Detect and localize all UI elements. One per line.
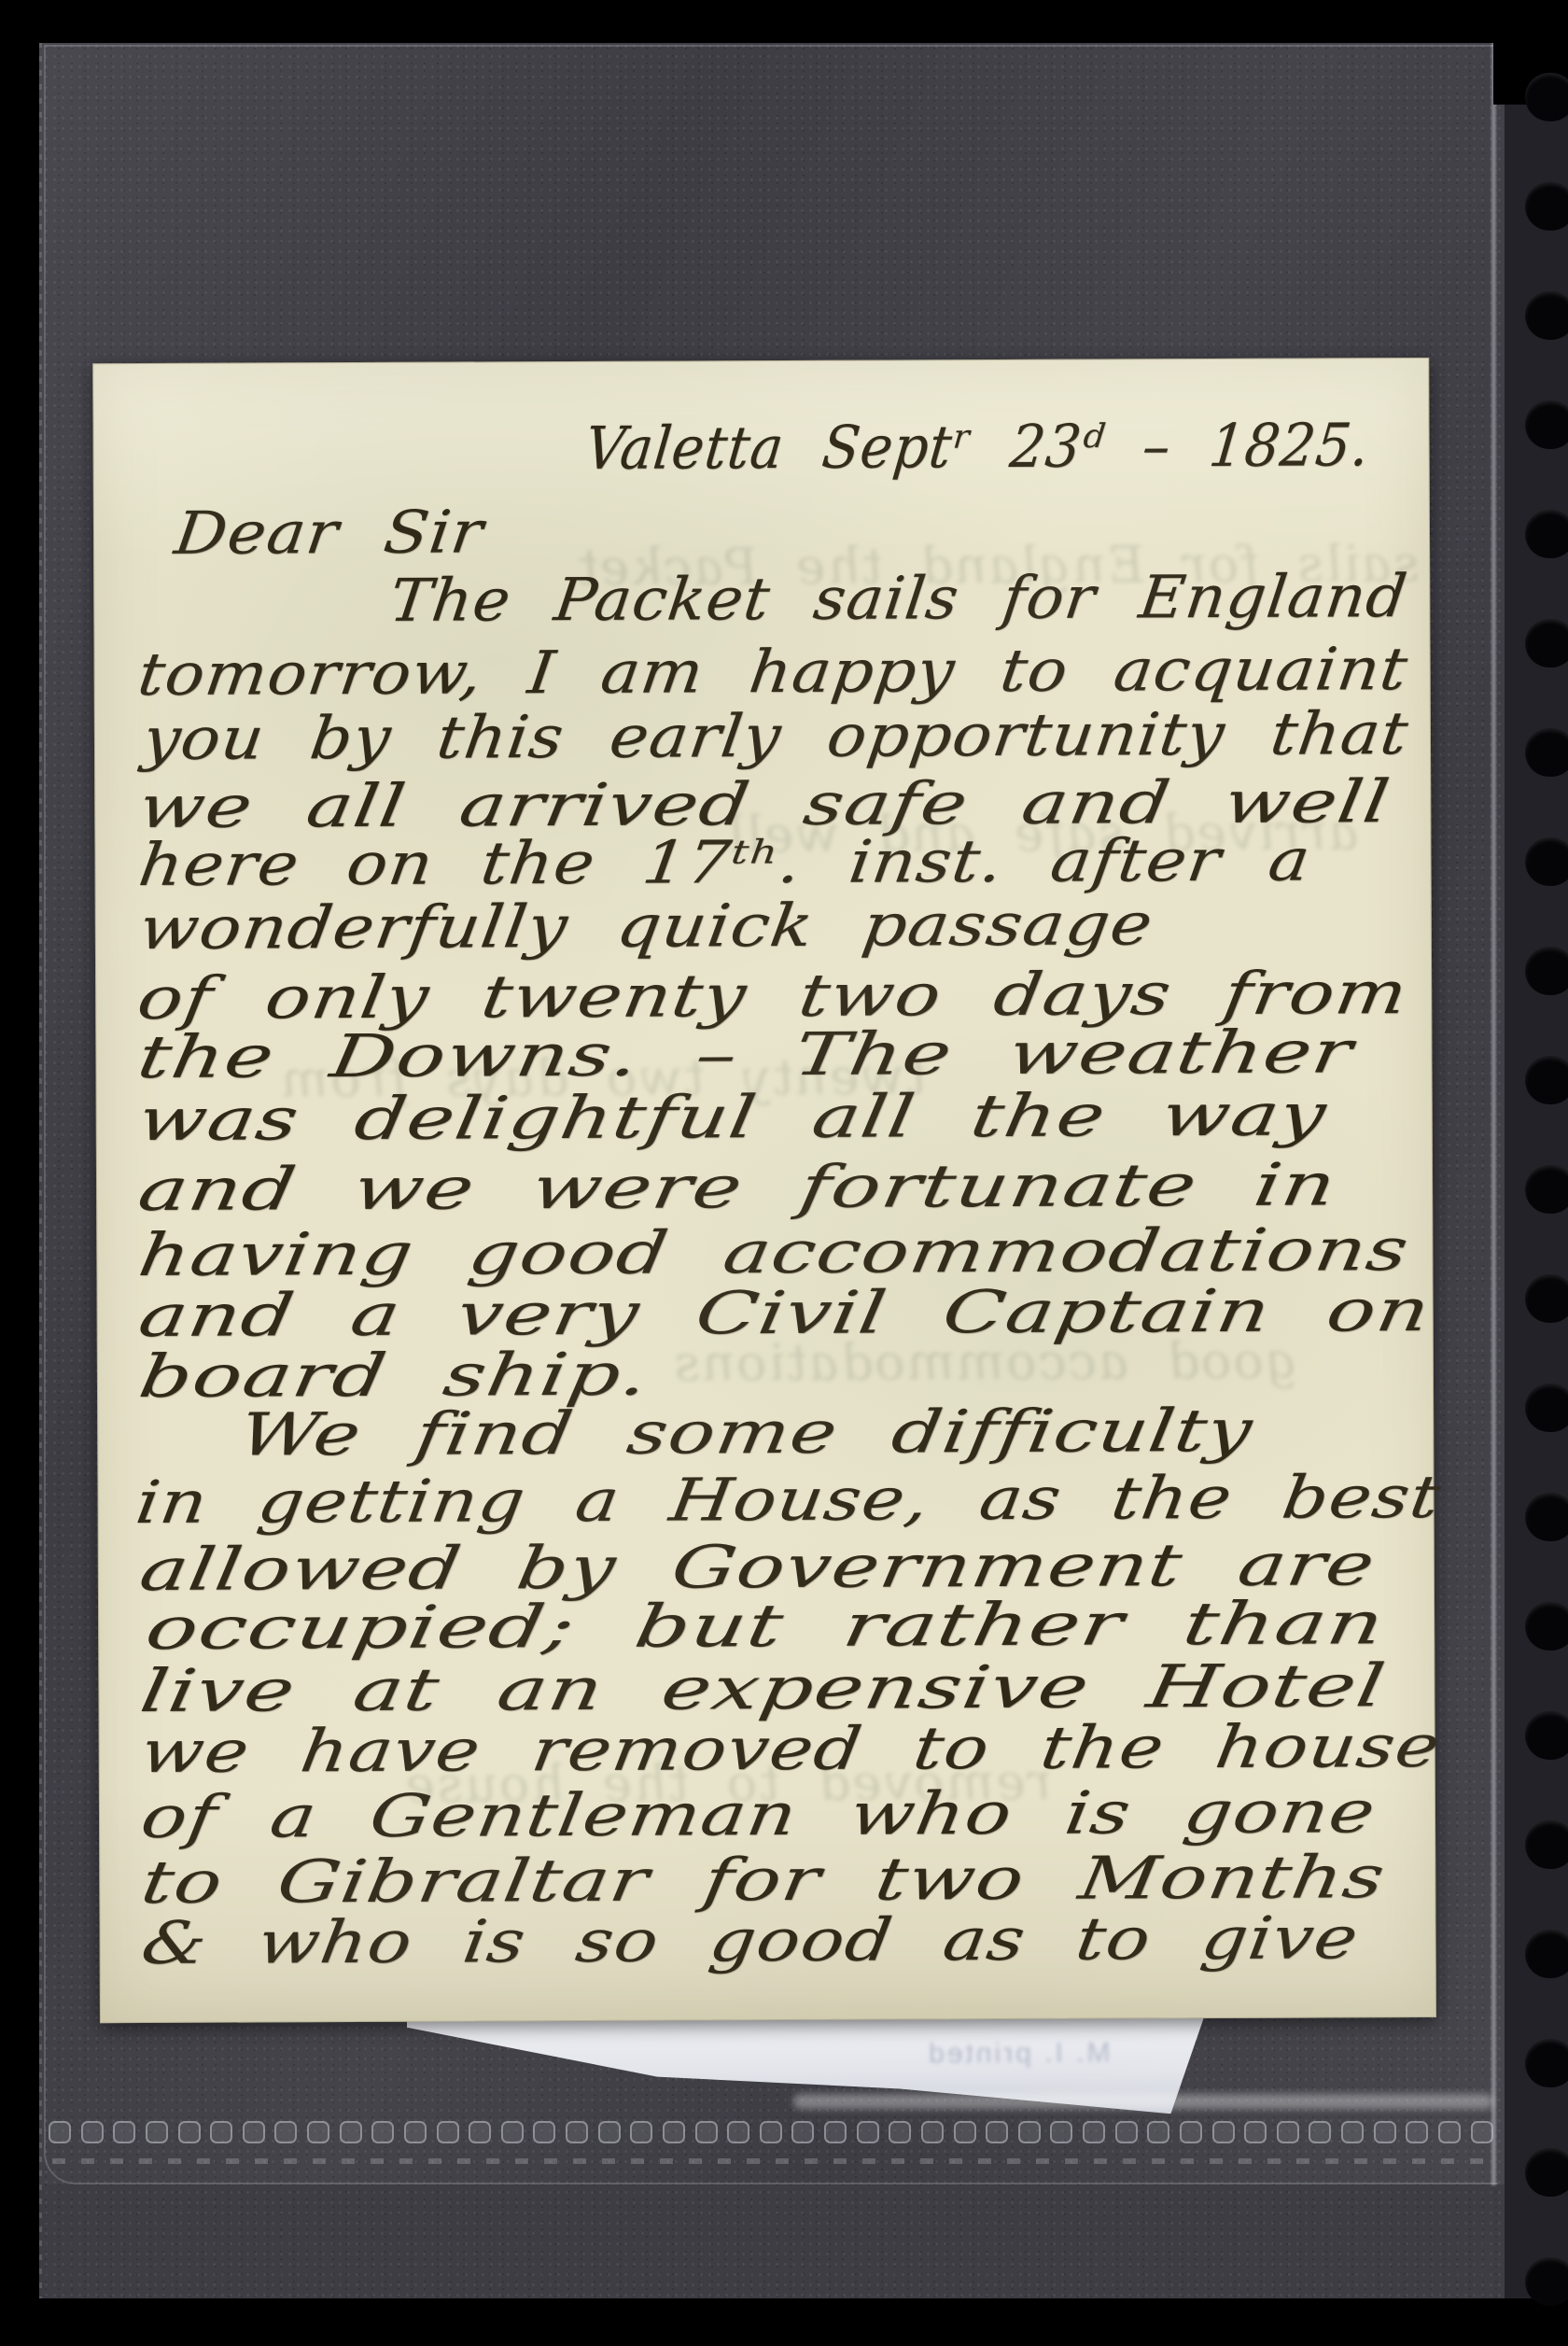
seam-hole xyxy=(630,2121,652,2143)
binder-hole xyxy=(1525,2039,1568,2087)
sleeve-reflection-streak xyxy=(793,2094,1493,2109)
binder-hole xyxy=(1525,1602,1568,1651)
sleeve-right-edge-highlight xyxy=(1491,42,1496,2185)
sleeve-bottom-weld-dashes xyxy=(52,2158,1490,2164)
seam-hole xyxy=(695,2121,718,2143)
seam-hole xyxy=(889,2121,911,2143)
binder-hole xyxy=(1525,728,1568,777)
binder-hole xyxy=(1525,837,1568,886)
seam-hole xyxy=(1406,2121,1428,2143)
binder-hole xyxy=(1525,291,1568,340)
binder-hole xyxy=(1525,1384,1568,1432)
binder-hole xyxy=(1525,73,1568,121)
seam-hole xyxy=(1244,2121,1267,2143)
binder-hole xyxy=(1525,182,1568,231)
seam-hole xyxy=(921,2121,944,2143)
seam-hole xyxy=(986,2121,1008,2143)
seam-hole xyxy=(178,2121,201,2143)
binder-hole xyxy=(1525,1056,1568,1104)
seam-hole xyxy=(113,2121,135,2143)
seam-hole xyxy=(727,2121,749,2143)
letter-paper xyxy=(92,358,1436,2023)
seam-hole xyxy=(371,2121,394,2143)
seam-hole xyxy=(1438,2121,1461,2143)
seam-hole xyxy=(1277,2121,1299,2143)
seam-hole xyxy=(1050,2121,1072,2143)
seam-hole xyxy=(1115,2121,1138,2143)
binder-hole xyxy=(1525,1493,1568,1541)
seam-hole xyxy=(954,2121,976,2143)
seam-hole xyxy=(469,2121,491,2143)
seam-hole xyxy=(437,2121,459,2143)
seam-hole xyxy=(1083,2121,1105,2143)
seam-hole xyxy=(566,2121,588,2143)
binder-hole xyxy=(1525,619,1568,667)
binder-hole xyxy=(1525,1165,1568,1214)
binder-hole xyxy=(1525,1711,1568,1760)
seam-hole xyxy=(1212,2121,1235,2143)
seam-hole xyxy=(1180,2121,1202,2143)
seam-hole xyxy=(791,2121,814,2143)
seam-hole xyxy=(146,2121,168,2143)
photo-border-top xyxy=(0,0,1568,43)
seam-hole xyxy=(210,2121,232,2143)
photo-border-left xyxy=(0,0,39,2346)
binder-hole xyxy=(1525,947,1568,995)
binder-hole xyxy=(1525,1274,1568,1323)
seam-hole xyxy=(663,2121,685,2143)
seam-hole xyxy=(404,2121,427,2143)
binder-hole xyxy=(1525,400,1568,449)
seam-hole xyxy=(81,2121,104,2143)
seam-hole xyxy=(857,2121,879,2143)
binder-hole xyxy=(1525,1820,1568,1869)
seam-hole xyxy=(501,2121,524,2143)
seam-hole xyxy=(1018,2121,1041,2143)
seam-hole xyxy=(824,2121,847,2143)
photo-of-letter-in-sleeve: M. I. printed sails for England the Pack… xyxy=(0,0,1568,2346)
binder-hole xyxy=(1525,1930,1568,1978)
seam-hole xyxy=(340,2121,362,2143)
seam-hole xyxy=(598,2121,621,2143)
seam-hole xyxy=(49,2121,71,2143)
photo-border-bottom xyxy=(0,2298,1568,2346)
letter-tilt-group: M. I. printed sails for England the Pack… xyxy=(0,0,1568,2346)
binder-hole xyxy=(1525,2257,1568,2306)
seam-hole xyxy=(1374,2121,1396,2143)
seam-hole xyxy=(274,2121,297,2143)
seam-hole xyxy=(1147,2121,1169,2143)
seam-hole xyxy=(1471,2121,1493,2143)
binder-hole xyxy=(1525,2148,1568,2197)
seam-hole xyxy=(1309,2121,1331,2143)
seam-hole xyxy=(307,2121,329,2143)
seam-hole xyxy=(760,2121,782,2143)
sleeve-bottom-seam xyxy=(49,2121,1493,2145)
seam-hole xyxy=(1341,2121,1364,2143)
seam-hole xyxy=(533,2121,555,2143)
binder-hole xyxy=(1525,510,1568,558)
slip-showthrough-text: M. I. printed xyxy=(926,2037,1111,2070)
seam-hole xyxy=(243,2121,265,2143)
